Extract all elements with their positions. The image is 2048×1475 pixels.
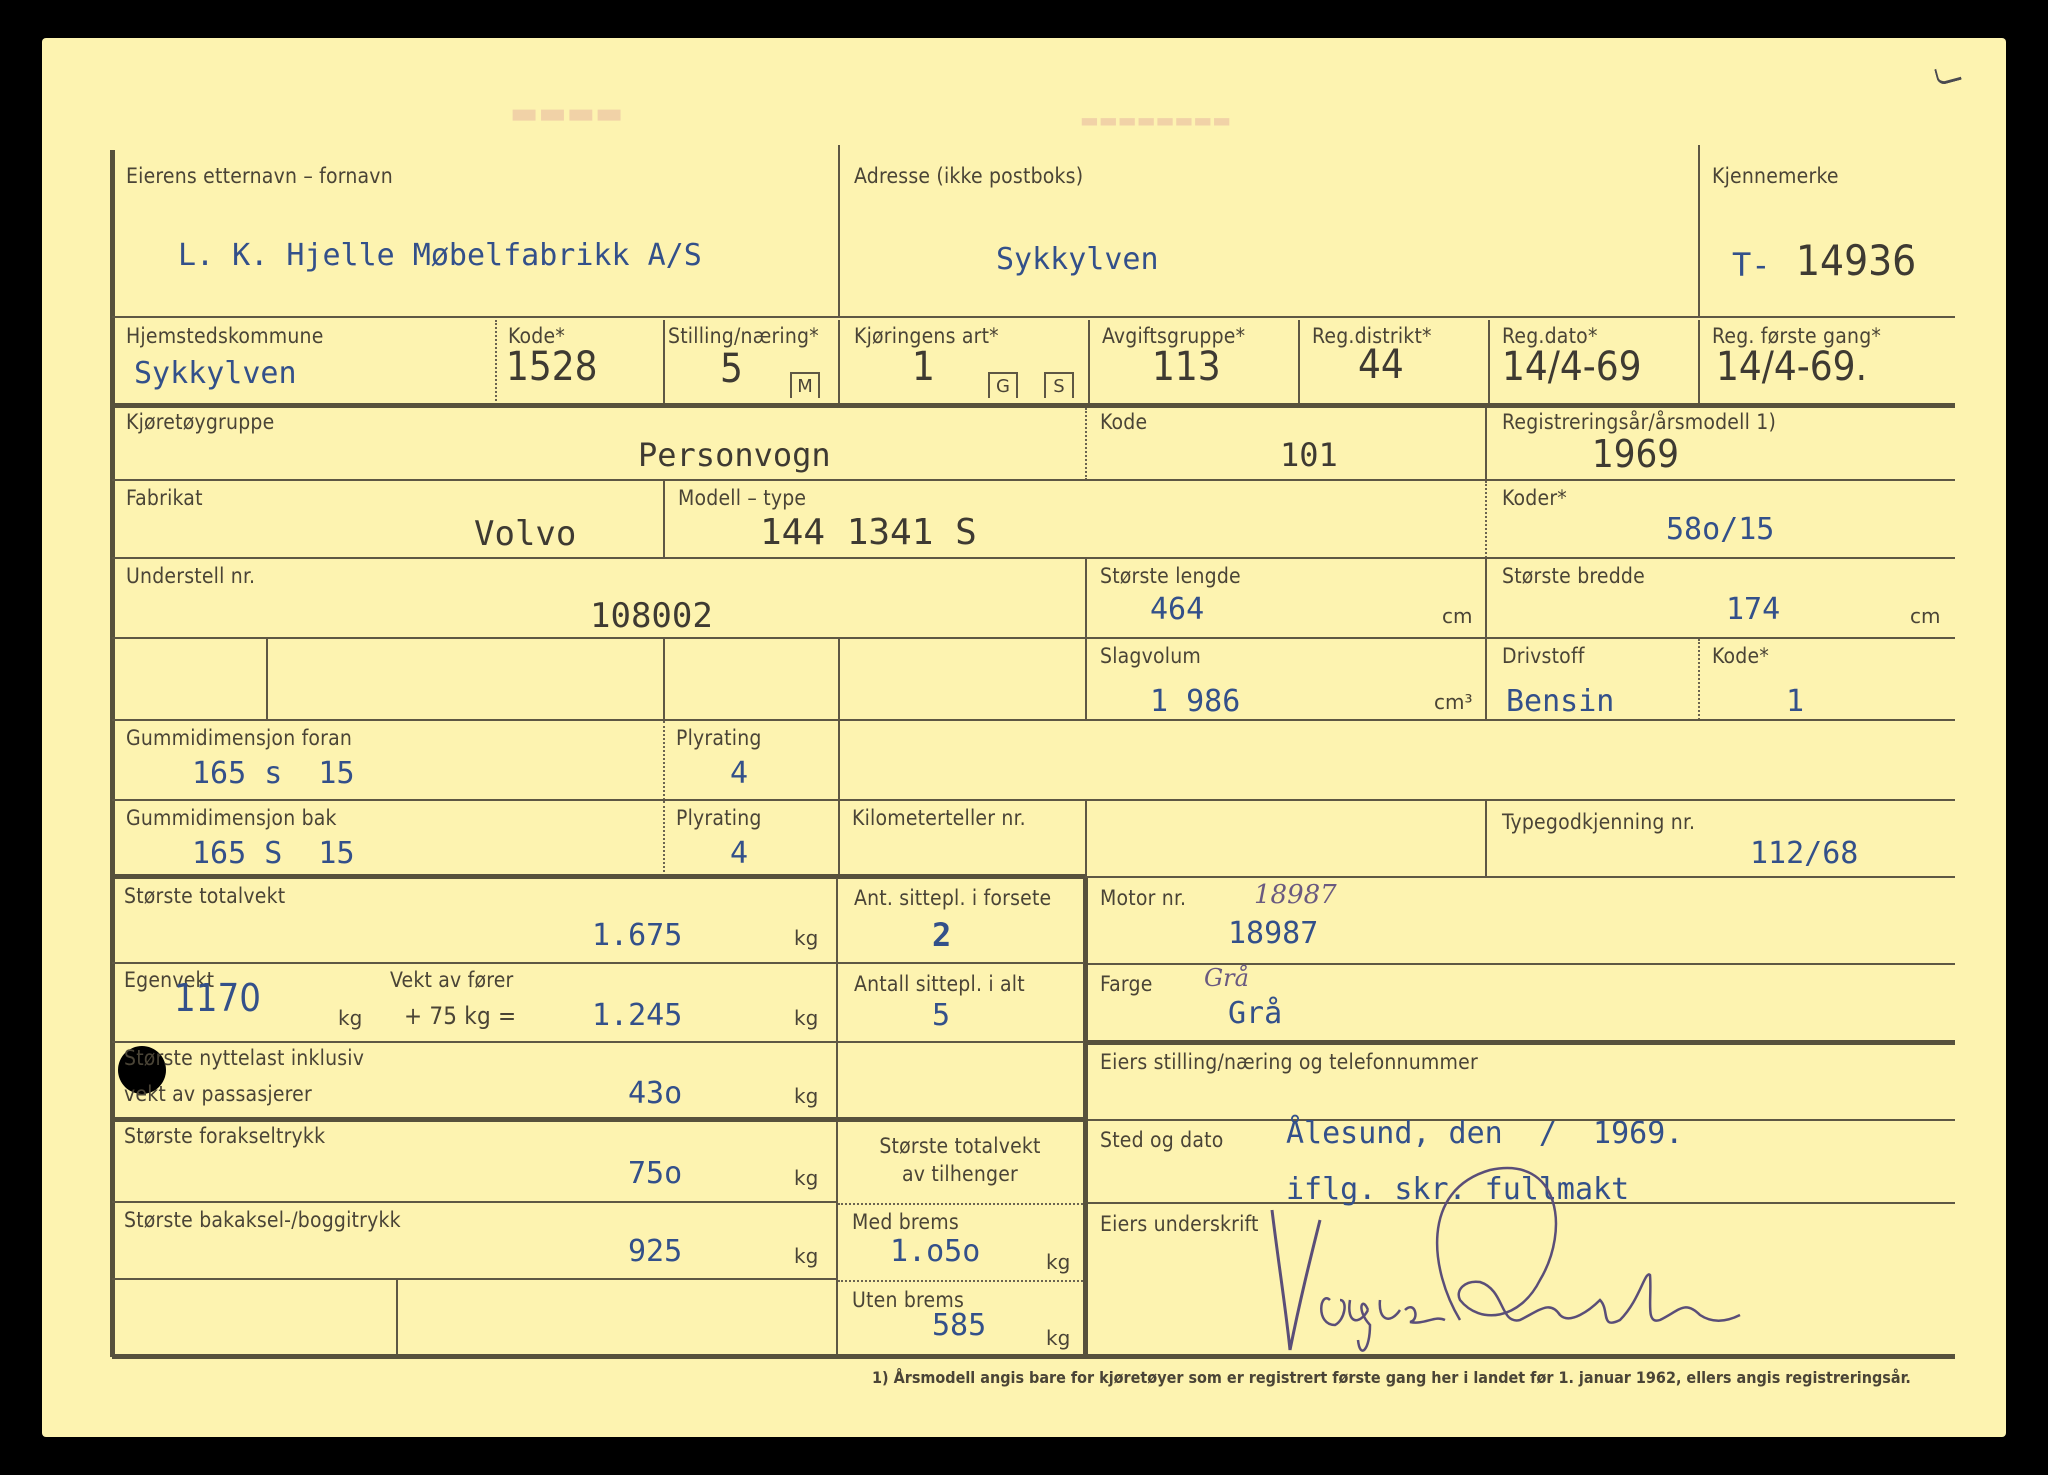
color-field[interactable]: Grå [1228,996,1282,1031]
divider [112,719,1955,721]
divider [1085,559,1087,639]
width-field[interactable]: 174 [1726,592,1780,627]
trailer-weight-label-2: av tilhenger [840,1162,1080,1186]
total-weight-label: Største totalvekt [124,884,285,908]
color-label: Farge [1100,972,1153,996]
own-plus-driver-field[interactable]: 1.245 [592,998,682,1033]
codes-label: Koder* [1502,486,1567,510]
type-approval-field[interactable]: 112/68 [1750,836,1858,871]
occupation-label: Stilling/næring* [668,324,819,348]
motor-label: Motor nr. [1100,886,1186,910]
divider [663,801,665,876]
occupation-box-m[interactable]: M [790,372,820,398]
length-unit: cm [1442,604,1472,628]
divider [838,145,840,318]
divider [838,639,840,720]
own-weight-field[interactable]: 1170 [174,976,261,1020]
divider [1085,408,1087,480]
front-tyre-label: Gummidimensjon foran [126,726,352,750]
vehicle-group-code-label: Kode [1100,410,1147,434]
faint-stamp: ▬▬▬▬▬▬▬▬ [1080,108,1231,132]
divider [1698,639,1700,720]
chassis-field[interactable]: 108002 [590,596,713,636]
place-date-field[interactable]: Ålesund, den / 1969. [1286,1116,1683,1151]
front-ply-label: Plyrating [676,726,762,750]
district-field[interactable]: 44 [1358,342,1404,388]
divider [112,316,1955,318]
divider [1485,481,1487,558]
divider [1085,639,1087,720]
divider [663,320,665,405]
divider [838,721,840,800]
divider [112,1278,836,1280]
driver-weight-formula: + 75 kg = [404,1002,516,1030]
reg-year-field[interactable]: 1969 [1592,432,1679,476]
first-reg-field[interactable]: 14/4-69. [1716,344,1867,390]
rear-ply-label: Plyrating [676,806,762,830]
payload-unit: kg [794,1084,818,1108]
front-ply-field[interactable]: 4 [730,756,748,791]
owner-name-label: Eierens etternavn – fornavn [126,164,393,188]
usage-box-s[interactable]: S [1044,372,1074,398]
divider [1485,559,1487,639]
displacement-unit: cm³ [1434,690,1473,714]
fuel-code-field[interactable]: 1 [1786,684,1804,719]
payload-field[interactable]: 43o [628,1076,682,1111]
front-axle-field[interactable]: 75o [628,1156,682,1191]
rear-axle-label: Største bakaksel-/boggitrykk [124,1208,401,1232]
divider [838,1203,1083,1205]
signature-label: Eiers underskrift [1100,1212,1259,1236]
rear-axle-unit: kg [794,1244,818,1268]
divider [1485,408,1487,480]
reg-year-label: Registreringsår/årsmodell 1) [1502,410,1776,434]
occupation-field[interactable]: 5 [720,346,743,392]
fuel-label: Drivstoff [1502,644,1585,668]
place-date-label: Sted og dato [1100,1128,1224,1152]
municipality-label: Hjemstedskommune [126,324,324,348]
divider [1485,639,1487,720]
codes-field[interactable]: 58o/15 [1666,512,1774,547]
divider [1088,1040,1955,1045]
displacement-field[interactable]: 1 986 [1150,684,1240,719]
own-weight-unit: kg [338,1006,362,1030]
driver-weight-label: Vekt av fører [390,968,514,992]
total-weight-unit: kg [794,926,818,950]
length-field[interactable]: 464 [1150,592,1204,627]
color-handwritten: Grå [1204,964,1249,992]
motor-handwritten: 18987 [1254,880,1337,910]
total-seats-label: Antall sittepl. i alt [854,972,1025,996]
divider [838,320,840,405]
with-brakes-field[interactable]: 1.o5o [890,1234,980,1269]
model-label: Modell – type [678,486,806,510]
divider [1698,320,1700,405]
rear-tyre-label: Gummidimensjon bak [126,806,337,830]
divider [1088,320,1090,405]
payload-label-1: Største nyttelast inklusiv [124,1046,364,1070]
trailer-weight-label-1: Største totalvekt [840,1134,1080,1158]
make-label: Fabrikat [126,486,203,510]
occupation-phone-label: Eiers stilling/næring og telefonnummer [1100,1050,1478,1074]
fee-group-field[interactable]: 113 [1152,344,1221,390]
length-label: Største lengde [1100,564,1241,588]
divider [1485,801,1487,876]
divider [838,1280,1083,1282]
divider [112,403,1955,408]
rear-tyre-field[interactable]: 165 S 15 [192,836,355,871]
fuel-code-label: Kode* [1712,644,1769,668]
with-brakes-label: Med brems [852,1210,959,1234]
rear-axle-field[interactable]: 925 [628,1234,682,1269]
divider [112,1201,836,1203]
footnote: 1) Årsmodell angis bare for kjøretøyer s… [872,1368,1911,1387]
divider [1298,320,1300,405]
faint-stamp: ▬▬▬▬ [510,96,623,131]
address-field[interactable]: Sykkylven [996,242,1159,277]
total-seats-field[interactable]: 5 [932,998,950,1033]
plate-prefix: T- [1732,246,1771,284]
municipality-field[interactable]: Sykkylven [134,356,297,391]
divider [1488,320,1490,405]
divider [663,639,665,720]
model-field[interactable]: 144 1341 S [760,512,977,553]
usage-field[interactable]: 1 [912,344,935,390]
odometer-label: Kilometerteller nr. [852,806,1026,830]
divider [112,479,1955,481]
payload-label-2: vekt av passasjerer [124,1082,312,1106]
divider [112,1041,1084,1043]
without-brakes-field[interactable]: 585 [932,1308,986,1343]
front-seats-label: Ant. sittepl. i forsete [854,886,1051,910]
plate-number-field[interactable]: 14936 [1796,236,1916,285]
rear-ply-field[interactable]: 4 [730,836,748,871]
total-weight-field[interactable]: 1.675 [592,918,682,953]
width-label: Største bredde [1502,564,1645,588]
motor-field[interactable]: 18987 [1228,916,1318,951]
with-brakes-unit: kg [1046,1250,1070,1274]
divider [266,639,268,720]
divider [112,557,1955,559]
owner-signature [1260,1150,1900,1370]
own-plus-driver-unit: kg [794,1006,818,1030]
owner-name-field[interactable]: L. K. Hjelle Møbelfabrikk A/S [178,238,702,273]
plate-label: Kjennemerke [1712,164,1839,188]
address-label: Adresse (ikke postboks) [854,164,1083,188]
divider [1085,801,1087,876]
front-tyre-field[interactable]: 165 s 15 [192,756,355,791]
usage-box-g[interactable]: G [988,372,1018,398]
divider [112,962,1084,964]
vehicle-group-field[interactable]: Personvogn [638,436,831,474]
divider [495,320,497,405]
type-approval-label: Typegodkjenning nr. [1502,810,1695,834]
divider [112,799,1955,801]
municipality-code-field[interactable]: 1528 [506,344,598,390]
divider [112,1117,1084,1122]
vehicle-group-label: Kjøretøygruppe [126,410,274,434]
divider [663,721,665,800]
divider [663,481,665,558]
make-field[interactable]: Volvo [474,514,576,554]
divider [838,801,840,876]
front-seats-field[interactable]: 2 [932,916,951,954]
divider [1698,145,1700,318]
divider [1085,876,1955,878]
front-axle-label: Største forakseltrykk [124,1124,325,1148]
divider [112,874,1087,879]
displacement-label: Slagvolum [1100,644,1201,668]
width-unit: cm [1910,604,1940,628]
left-border [110,150,115,1357]
chassis-label: Understell nr. [126,564,255,588]
vehicle-group-code-field[interactable]: 101 [1280,436,1338,474]
divider [396,1280,398,1356]
reg-date-field[interactable]: 14/4-69 [1502,344,1642,390]
front-axle-unit: kg [794,1166,818,1190]
divider [112,637,1955,639]
fuel-field[interactable]: Bensin [1506,684,1614,719]
without-brakes-unit: kg [1046,1326,1070,1350]
